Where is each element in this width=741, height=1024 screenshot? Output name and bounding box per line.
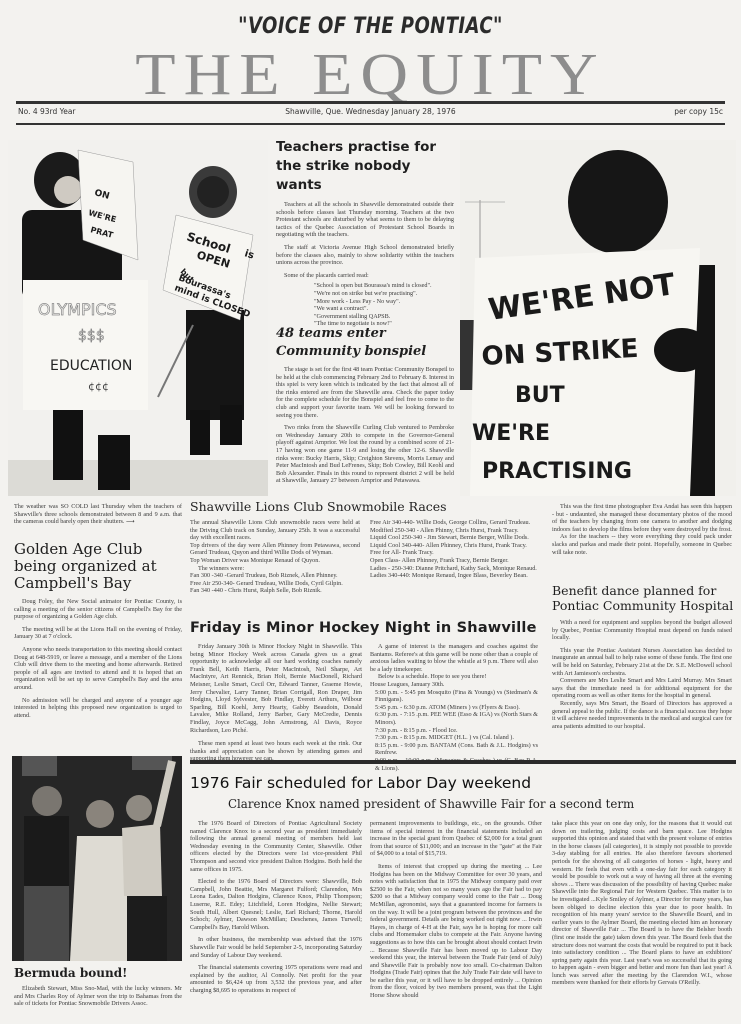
benefit-headline: Benefit dance planned for Pontiac Commun… <box>552 583 738 613</box>
placard-quote: "Government stalling QAPSB. <box>314 313 454 321</box>
fair-col-3: take place this year on one day only, fo… <box>552 820 732 992</box>
fair-paragraph: take place this year on one day only, fo… <box>552 820 732 987</box>
fair-paragraph: Items of interest that cropped up during… <box>370 863 542 1000</box>
golden-age-article: Golden Age Club being organized at Campb… <box>14 541 182 724</box>
masthead-rule-bottom <box>16 123 725 125</box>
snowmobile-line: The winners were: <box>190 565 360 573</box>
svg-text:$$$: $$$ <box>78 328 105 344</box>
placard-quote: "School is open but Bourassa's mind is c… <box>314 282 454 290</box>
schedule-row: 7:30 p.m. - 8:15 p.m. MIDGET (H.L. ) vs … <box>370 734 538 742</box>
teachers-article: Teachers practise for the strike nobody … <box>276 138 454 328</box>
golden-age-paragraph: Doug Foley, the New Social animator for … <box>14 598 182 621</box>
bermuda-photo <box>12 756 182 961</box>
sign-text-line-3: BUT <box>515 383 565 408</box>
teachers-protest-photo-right: WE'RE NOT ON STRIKE BUT WE'RE PRACTISING <box>460 140 736 496</box>
fair-paragraph: permanent improvements to buildings, etc… <box>370 820 542 858</box>
snowmobile-line: Liquid Cool 340-440- Allen Phinney, Chri… <box>370 542 538 550</box>
benefit-paragraph: Conveners are Mrs Leslie Smart and Mrs L… <box>552 677 732 700</box>
benefit-paragraph: With a need for equipment and supplies b… <box>552 619 732 642</box>
photographer-caption-paragraph: This was the first time photographer Eva… <box>552 503 732 533</box>
bermuda-headline: Bermuda bound! <box>14 966 182 980</box>
newspaper-motto: "VOICE OF THE PONTIAC" <box>67 14 675 39</box>
golden-age-paragraph: No admission will be charged and anyone … <box>14 697 182 720</box>
fair-headline: 1976 Fair scheduled for Labor Day weeken… <box>190 774 736 792</box>
olympics-sign-text: OLYMPICS <box>38 300 117 319</box>
schedule-row: 7:30 p.m. - 8:15 p.m. - Flood Ice. <box>370 727 538 735</box>
weather-caption: The weather was SO COLD last Thursday wh… <box>14 503 182 526</box>
schedule-row: 5:45 p.m. - 6:30 p.m. ATOM (Miners ) vs … <box>370 704 538 712</box>
placard-quotes: "School is open but Bourassa's mind is c… <box>276 282 454 328</box>
fair-paragraph: The 1976 Board of Directors of Pontiac A… <box>190 820 362 873</box>
placard-quote: "We want a contract". <box>314 305 454 313</box>
snowmobile-line: Free Air 340-440- Willie Dods, George Co… <box>370 519 538 527</box>
fair-col-2: permanent improvements to buildings, etc… <box>370 820 542 1005</box>
teachers-headline-line-1: Teachers practise for <box>276 138 454 157</box>
teachers-headline-line-2: the strike nobody wants <box>276 157 454 195</box>
hockey-intro: A game of interest is the managers and c… <box>370 643 538 673</box>
benefit-paragraph: This year the Pontiac Assistant Nurses A… <box>552 647 732 677</box>
fair-paragraph: Elected to the 1976 Board of Directors w… <box>190 878 362 931</box>
schedule-row: 8:15 p.m. - 9:00 p.m. BANTAM (Cons. Bath… <box>370 742 538 757</box>
benefit-body: With a need for equipment and supplies b… <box>552 619 732 735</box>
bonspiel-article: 48 teams enter Community bonspiel The st… <box>276 325 454 490</box>
snowmobile-line: Ladies - 250-340: Dianne Pritchard, Kath… <box>370 565 538 573</box>
snowmobile-headline: Shawville Lions Club Snowmobile Races <box>190 499 550 514</box>
benefit-paragraph: Recently, says Mrs Smart, the Board of D… <box>552 700 732 730</box>
snowmobile-line: Free Air 250-340- Gerard Trudeau, Willie… <box>190 580 360 588</box>
sign-text-line-4: WE'RE <box>472 421 550 446</box>
golden-age-paragraph: Anyone who needs transportation to this … <box>14 646 182 692</box>
placard-quote: "We're not on strike but we're practisin… <box>314 290 454 298</box>
teachers-protest-photo-left: ON WE'RE PRAT OLYMPICS $$$ EDUCATION ¢¢¢… <box>8 140 268 496</box>
hockey-headline: Friday is Minor Hockey Night in Shawvill… <box>190 620 550 636</box>
snowmobile-line: Fan 300 -340 -Gerard Trudeau, Bob Riznek… <box>190 572 360 580</box>
bermuda-caption: Elizabeth Stewart, Miss Sno-Mad, with th… <box>14 985 182 1013</box>
snowmobile-line: Modified 250-340 - Allen Phinny, Chris H… <box>370 527 538 535</box>
golden-age-headline: Golden Age Club being organized at Campb… <box>14 541 182 592</box>
snowmobile-line: Ladies 340-440: Monique Renaud, Ingee Bl… <box>370 572 538 580</box>
schedule-row: 6:30 p.m. - 7:15 .p.m. PEE WEE (Esso & I… <box>370 711 538 726</box>
fair-col-1: The 1976 Board of Directors of Pontiac A… <box>190 820 362 999</box>
teachers-paragraph: The staff at Victoria Avenue High School… <box>276 244 454 267</box>
fair-paragraph: In other business, the membership was ad… <box>190 936 362 959</box>
bonspiel-paragraph: Two rinks from the Shawville Curling Clu… <box>276 424 454 485</box>
snowmobile-col-1: The annual Shawville Lions Club snowmobi… <box>190 519 360 595</box>
hockey-col-1: Friday January 30th is Minor Hockey Nigh… <box>190 643 362 768</box>
svg-text:EDUCATION: EDUCATION <box>50 358 132 374</box>
hockey-col-2: A game of interest is the managers and c… <box>370 643 538 772</box>
price: per copy 15c <box>674 107 723 116</box>
schedule-row: 5:00 p.m. - 5:45 pm Mosquito (Fina & You… <box>370 689 538 704</box>
sign-text-line-5: PRACTISING <box>482 459 632 484</box>
bermuda-caption-text: Elizabeth Stewart, Miss Sno-Mad, with th… <box>14 985 182 1008</box>
masthead-rule-top <box>16 101 725 104</box>
dateline: Shawville, Que. Wednesday January 28, 19… <box>0 107 741 116</box>
teachers-paragraph: Some of the placards carried read: <box>276 272 454 280</box>
snowmobile-line: Top drivers of the day were Allen Phinne… <box>190 542 360 557</box>
hockey-paragraph: Friday January 30th is Minor Hockey Nigh… <box>190 643 362 734</box>
bonspiel-paragraph: The stage is set for the first 48 team P… <box>276 366 454 419</box>
snowmobile-col-2: Free Air 340-440- Willie Dods, George Co… <box>370 519 538 580</box>
photographer-caption: This was the first time photographer Eva… <box>552 503 732 561</box>
hockey-note: Below is a schedule. Hope to see you the… <box>370 673 538 681</box>
teachers-body: Teachers at all the schools in Shawville… <box>276 201 454 279</box>
snowmobile-line: Fan 340 -440 - Chris Hurst, Ralph Selle,… <box>190 587 360 595</box>
svg-text:¢¢¢: ¢¢¢ <box>88 380 109 393</box>
bonspiel-headline-line-2: Community bonspiel <box>276 343 454 361</box>
snowmobile-line: Free for All- Frank Tracy. <box>370 549 538 557</box>
placard-quote: "More work - Less Pay - No way". <box>314 298 454 306</box>
fair-subheadline: Clarence Knox named president of Shawvil… <box>228 797 728 811</box>
golden-age-paragraph: The meeting will be at the Lions Hall on… <box>14 626 182 641</box>
newspaper-title: THE EQUITY <box>0 45 741 104</box>
section-divider <box>190 760 736 764</box>
snowmobile-line: Liquid Cool 250-340 - Jim Stewart, Berni… <box>370 534 538 542</box>
snowmobile-line: The annual Shawville Lions Club snowmobi… <box>190 519 360 542</box>
snowmobile-line: Open Class- Allen Phinney, Frank Tracy, … <box>370 557 538 565</box>
schedule-title: House Leagues, January 30th. <box>370 681 538 689</box>
bonspiel-headline-line-1: 48 teams enter <box>276 325 454 343</box>
fair-paragraph: The financial statements covering 1975 o… <box>190 964 362 994</box>
teachers-paragraph: Teachers at all the schools in Shawville… <box>276 201 454 239</box>
photographer-caption-paragraph: As for the teachers -- they wore everyth… <box>552 533 732 556</box>
snowmobile-line: Top Woman Driver was Monique Renaud of Q… <box>190 557 360 565</box>
